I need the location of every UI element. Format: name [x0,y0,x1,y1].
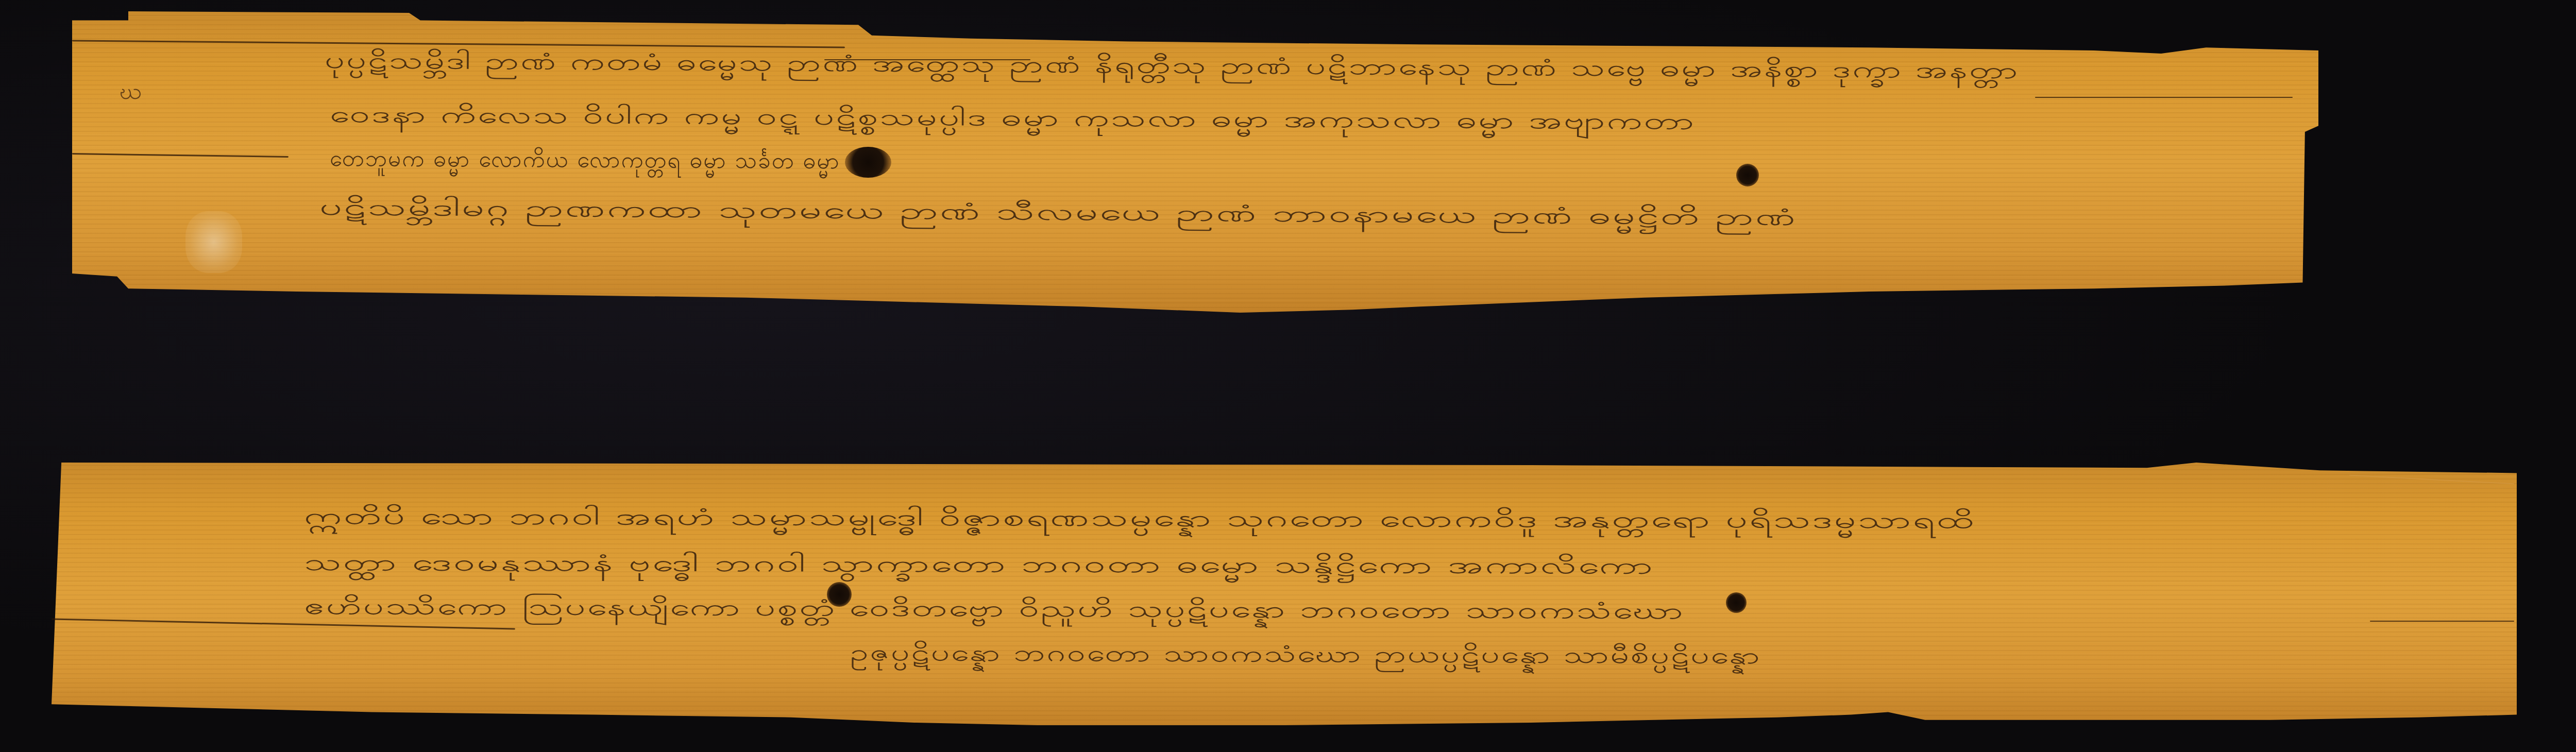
leaf-number-marker: ဃ [120,77,142,110]
manuscript-line: ဧဟိပဿိကော ဩပနေယျိကော ပစ္စတ္တံ ဝေဒိတဗ္ဗော… [304,592,1685,630]
leaf-stain [185,211,242,273]
leaf-crack [2035,97,2293,98]
manuscript-line: တေဘူမက ဓမ္မာ လောကိယ လောကုတ္တရ ဓမ္မာ သင်္… [330,144,840,180]
binding-hole [1736,164,1759,186]
manuscript-line: ဥဇုပ္ပဋိပန္နော ဘဂဝတော သာဝကသံဃော ဉာယပ္ပဋိ… [850,639,1761,675]
manuscript-line: ဣတိပိ သော ဘဂဝါ အရဟံ သမ္မာသမ္ဗုဒ္ဓေါ ဝိဇ္… [304,502,1976,539]
leaf-crack [2370,621,2514,622]
binding-hole [845,147,891,178]
manuscript-line: သတ္ထာ ဒေဝမနုဿာနံ ဗုဒ္ဓေါ ဘဂဝါ သွာက္ခာတော… [304,549,1654,585]
binding-hole [1726,592,1747,613]
